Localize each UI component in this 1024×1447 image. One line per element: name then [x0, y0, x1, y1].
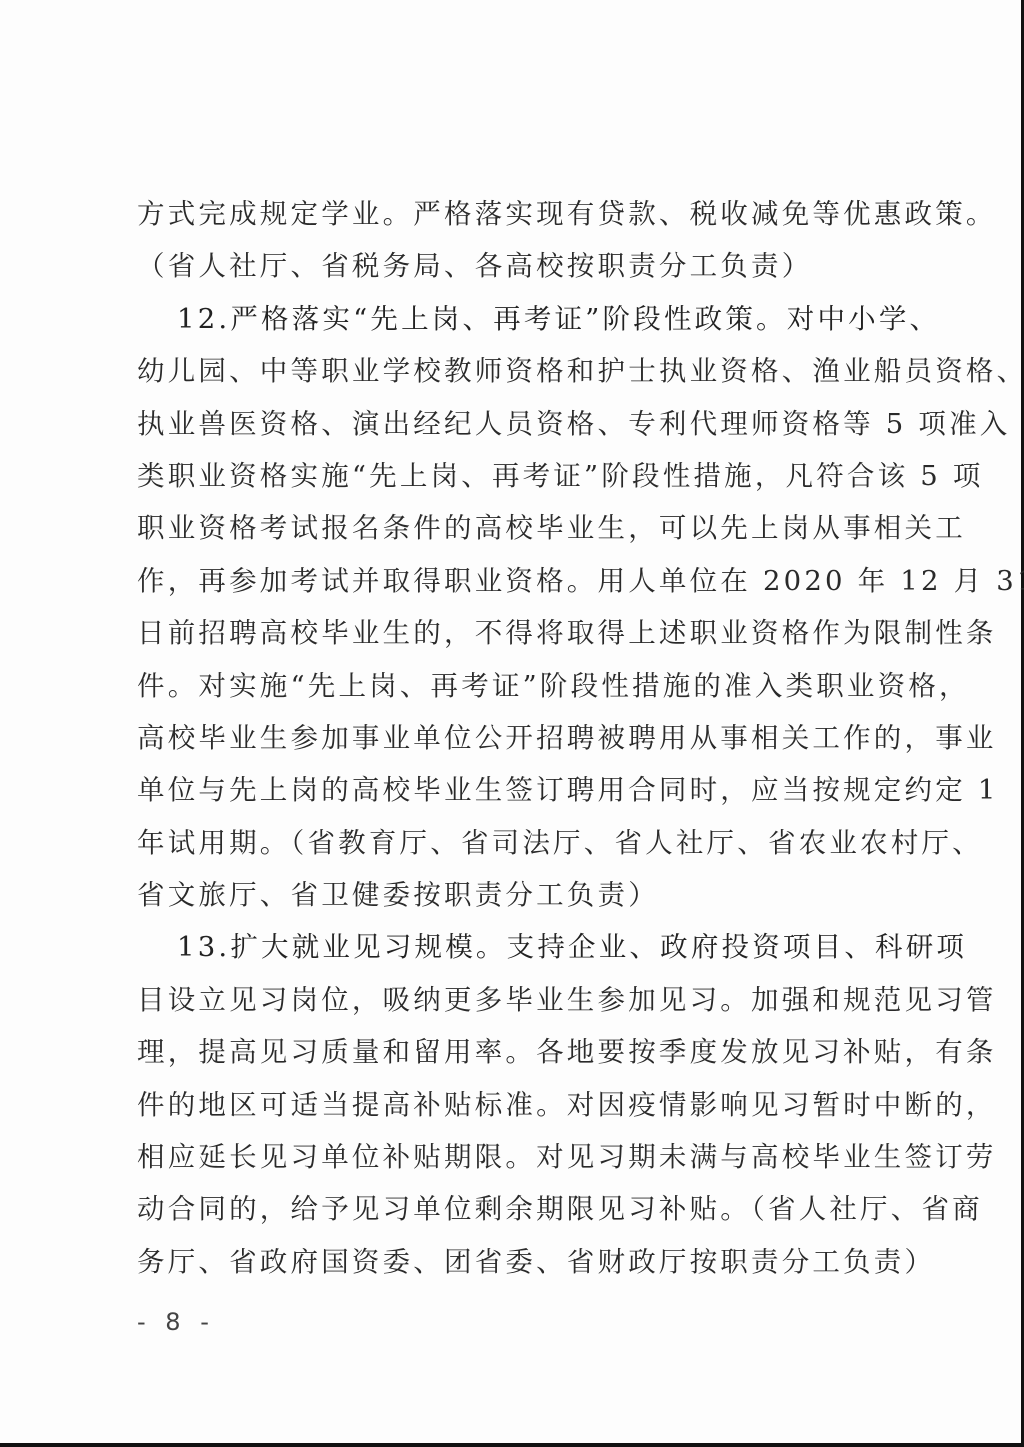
text-line: 作，再参加考试并取得职业资格。用人单位在 2020 年 12 月 31 — [137, 555, 895, 607]
text-line: 相应延长见习单位补贴期限。对见习期未满与高校毕业生签订劳 — [137, 1131, 895, 1183]
text-line: 动合同的，给予见习单位剩余期限见习补贴。（省人社厅、省商 — [137, 1183, 895, 1235]
section-heading-13: 13.扩大就业见习规模。支持企业、政府投资项目、科研项 — [137, 921, 895, 973]
text-line: 执业兽医资格、演出经纪人员资格、专利代理师资格等 5 项准入 — [137, 398, 895, 450]
text-line: 件的地区可适当提高补贴标准。对因疫情影响见习暂时中断的， — [137, 1079, 895, 1131]
text-line: 幼儿园、中等职业学校教师资格和护士执业资格、渔业船员资格、 — [137, 345, 895, 397]
text-line: 类职业资格实施“先上岗、再考证”阶段性措施，凡符合该 5 项 — [137, 450, 895, 502]
text-line: 单位与先上岗的高校毕业生签订聘用合同时，应当按规定约定 1 — [137, 764, 895, 816]
document-body: 方式完成规定学业。严格落实现有贷款、税收减免等优惠政策。 （省人社厅、省税务局、… — [137, 188, 895, 1288]
text-line: 务厅、省政府国资委、团省委、省财政厅按职责分工负责） — [137, 1236, 895, 1288]
text-line: 理，提高见习质量和留用率。各地要按季度发放见习补贴，有条 — [137, 1026, 895, 1078]
text-line: 件。对实施“先上岗、再考证”阶段性措施的准入类职业资格， — [137, 660, 895, 712]
page-number: - 8 - — [137, 1308, 215, 1336]
text-line: 职业资格考试报名条件的高校毕业生，可以先上岗从事相关工 — [137, 502, 895, 554]
text-line: 目设立见习岗位，吸纳更多毕业生参加见习。加强和规范见习管 — [137, 974, 895, 1026]
section-heading-12: 12.严格落实“先上岗、再考证”阶段性政策。对中小学、 — [137, 293, 895, 345]
text-line: （省人社厅、省税务局、各高校按职责分工负责） — [137, 240, 895, 292]
text-line: 日前招聘高校毕业生的，不得将取得上述职业资格作为限制性条 — [137, 607, 895, 659]
text-line: 高校毕业生参加事业单位公开招聘被聘用从事相关工作的，事业 — [137, 712, 895, 764]
text-line: 年试用期。（省教育厅、省司法厅、省人社厅、省农业农村厅、 — [137, 817, 895, 869]
text-line: 省文旅厅、省卫健委按职责分工负责） — [137, 869, 895, 921]
text-line: 方式完成规定学业。严格落实现有贷款、税收减免等优惠政策。 — [137, 188, 895, 240]
document-page: 方式完成规定学业。严格落实现有贷款、税收减免等优惠政策。 （省人社厅、省税务局、… — [0, 0, 1024, 1447]
